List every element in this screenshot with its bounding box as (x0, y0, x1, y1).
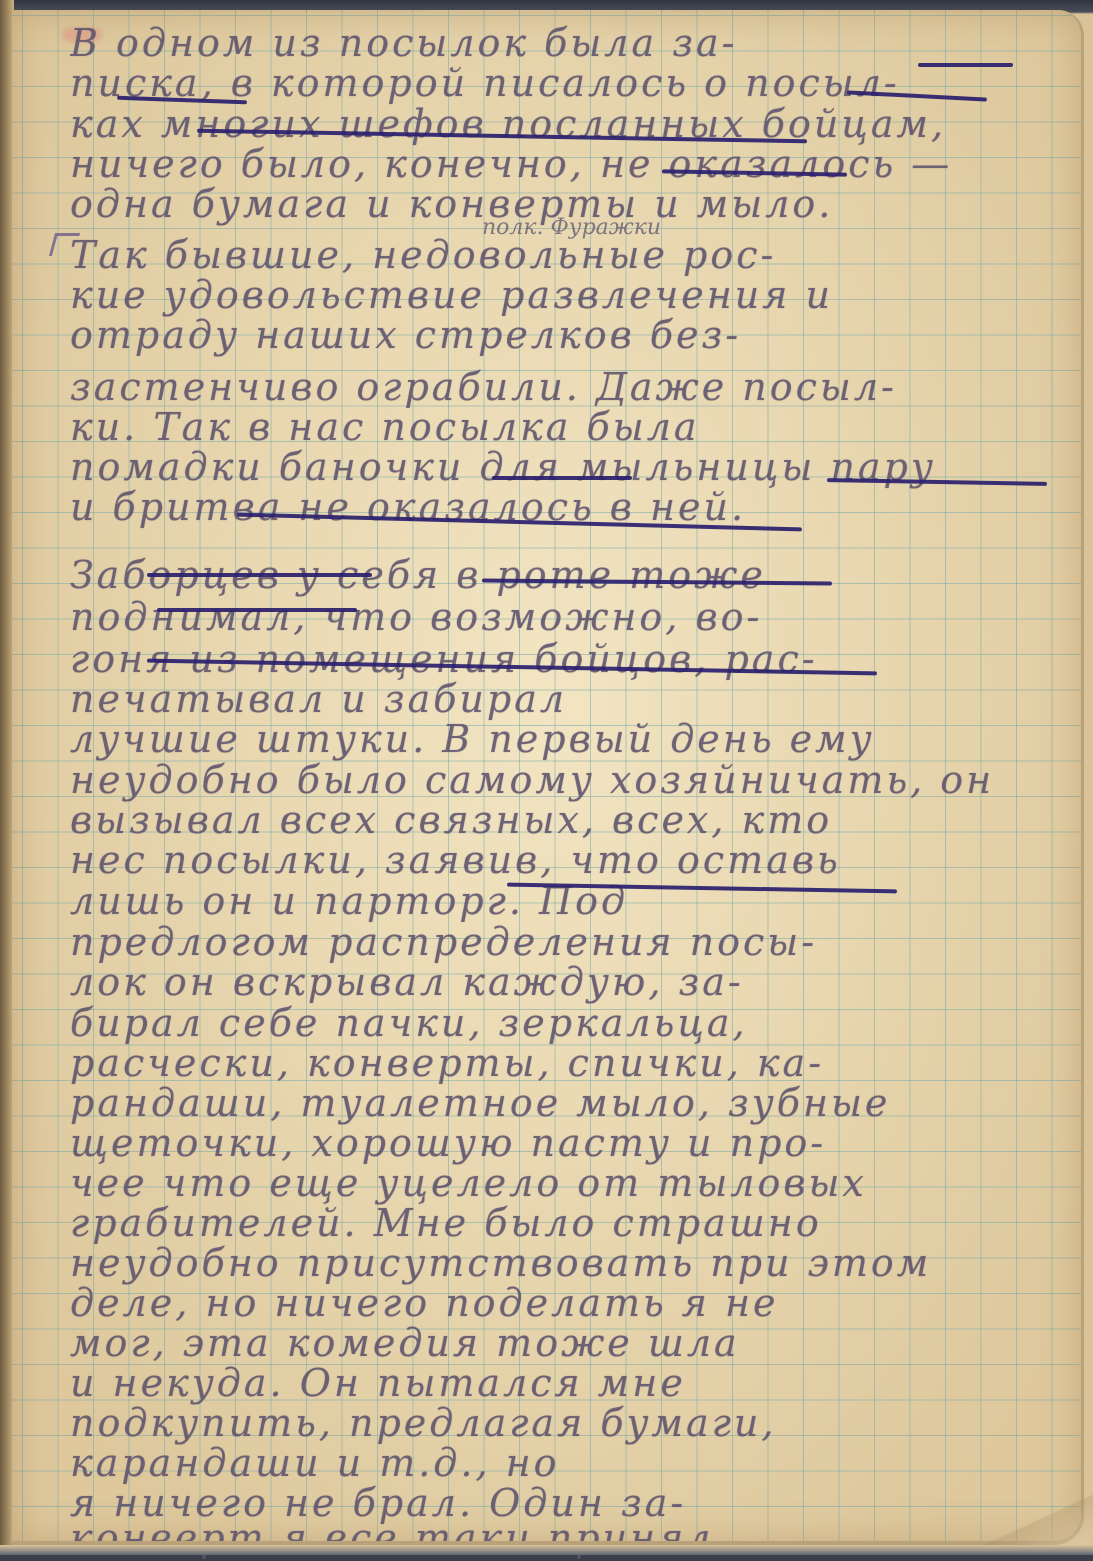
ink-underline (147, 573, 372, 577)
handwritten-line: щеточки, хорошую пасту и про- (70, 1120, 1070, 1166)
handwritten-line: кие удовольствие развлечения и (70, 272, 1070, 318)
handwritten-line: карандаши и т.д., но (70, 1440, 1070, 1486)
handwritten-line: нес посылки, заявив, что оставь (70, 837, 1070, 883)
ink-underline (157, 608, 357, 612)
handwritten-line: мог, эта комедия тоже шла (70, 1320, 1070, 1366)
handwritten-line: одна бумага и конверты и мыло. (70, 181, 1070, 227)
handwritten-line: поднимал, что возможно, во- (70, 594, 1070, 640)
ink-underline (197, 129, 807, 144)
handwritten-line: отраду наших стрелков без- (70, 312, 1070, 358)
handwritten-line: лучшие штуки. В первый день ему (70, 716, 1070, 762)
handwritten-line: В одном из посылок была за- (70, 20, 1070, 66)
handwritten-line: ничего было, конечно, не оказалось — (70, 141, 1070, 187)
handwritten-line: застенчиво ограбили. Даже посыл- (70, 364, 1070, 410)
handwritten-line: лишь он и парторг. Под (70, 878, 1070, 924)
ink-underline (482, 578, 832, 585)
handwritten-line: и некуда. Он пытался мне (70, 1360, 1070, 1406)
ink-underline (147, 659, 877, 676)
handwritten-line: неудобно присутствовать при этом (70, 1240, 1070, 1286)
notebook-page: полк. Фуражки В одном из посылок была за… (12, 10, 1084, 1545)
handwritten-line: неудобно было самому хозяйничать, он (70, 757, 1070, 803)
handwritten-line: расчески, конверты, спички, ка- (70, 1040, 1070, 1086)
handwritten-line: грабителей. Мне было страшно (70, 1200, 1070, 1246)
paragraph-mark (49, 233, 80, 256)
handwritten-line: я ничего не брал. Один за- (70, 1480, 1070, 1526)
handwritten-line: гоня из помещения бойцов, рас- (70, 636, 1070, 682)
ink-underline (237, 513, 802, 532)
handwritten-line: Заборцев у себя в роте тоже (70, 552, 1070, 598)
interlinear-insertion: полк. Фуражки (482, 215, 661, 240)
scan-bottom-edge (0, 1545, 1093, 1555)
handwritten-line: подкупить, предлагая бумаги, (70, 1400, 1070, 1446)
ink-underline (827, 478, 1047, 486)
page-corner-fold (973, 1475, 1093, 1555)
handwritten-line: деле, но ничего поделать я не (70, 1280, 1070, 1326)
ink-underline (847, 90, 987, 101)
handwritten-line: ках многих шефов посланных бойцам, (70, 101, 1070, 147)
faded-red-mark (62, 28, 102, 42)
handwritten-line: печатывал и забирал (70, 676, 1070, 722)
handwritten-line: Так бывшие, недовольные рос- (70, 232, 1070, 278)
handwritten-line: помадки баночки для мыльницы пару (70, 444, 1070, 490)
handwritten-line: и бритва не оказалось в ней. (70, 484, 1070, 530)
handwritten-line: рандаши, туалетное мыло, зубные (70, 1080, 1070, 1126)
handwritten-line: бирал себе пачки, зеркальца, (70, 1000, 1070, 1046)
ink-underline (492, 476, 632, 480)
handwritten-line: вызывал всех связных, всех, кто (70, 797, 1070, 843)
ink-underline (662, 169, 847, 176)
ink-underline (507, 883, 897, 894)
handwritten-line: писка, в которой писалось о посыл- (70, 60, 1070, 106)
ink-underline (918, 63, 1013, 67)
handwritten-line: чее что еще уцелело от тыловых (70, 1160, 1070, 1206)
ink-underline (117, 96, 247, 105)
handwritten-line: ки. Так в нас посылка была (70, 404, 1070, 450)
handwritten-line: лок он вскрывал каждую, за- (70, 959, 1070, 1005)
handwritten-line: предлогом распределения посы- (70, 919, 1070, 965)
